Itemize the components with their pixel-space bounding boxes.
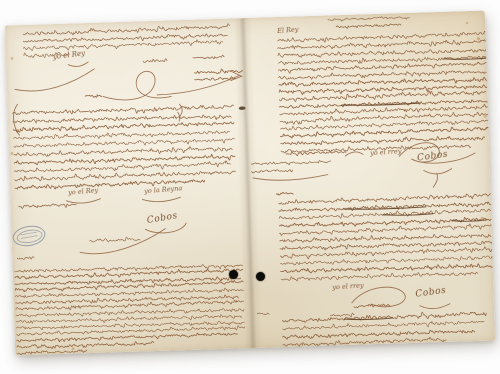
foxing-speck	[11, 57, 14, 60]
left-note-under-signature	[90, 237, 141, 243]
flourish-underline-yo-el-rey-2	[66, 199, 100, 204]
left-secretary-note	[193, 55, 224, 59]
flourish-curl-date-right	[345, 152, 363, 156]
manuscript-photo: yo el Rey yo el Rey yo la Reyna El Rey y…	[0, 0, 500, 374]
right-docket-left	[251, 160, 330, 173]
inscription-el-rey-heading: El Rey	[277, 26, 299, 34]
flourish-grand-paraph-left	[102, 71, 171, 101]
foxing-speck	[477, 37, 481, 41]
right-paragraph-3	[282, 310, 487, 347]
right-paragraph-3-mark	[257, 313, 269, 315]
foxing-speck	[484, 115, 487, 118]
left-small-word	[85, 95, 102, 98]
flourish-underline-docket-right	[253, 175, 328, 182]
foxing-speck	[11, 152, 14, 155]
manuscript-spread: yo el Rey yo el Rey yo la Reyna El Rey y…	[5, 11, 495, 356]
flourish-rubric-signature-right-1	[424, 169, 453, 188]
right-paragraph-2-mark	[276, 192, 293, 195]
left-bottom-paragraph	[15, 263, 246, 355]
inscription-yo-el-rrey-2: yo el rrey	[332, 282, 364, 291]
right-paragraph-2	[279, 193, 496, 282]
right-paragraph-1	[277, 31, 494, 154]
left-marginal-docket	[19, 203, 77, 209]
flourish-paraph-arrow-left	[157, 71, 243, 95]
left-middle-paragraph	[13, 104, 236, 190]
flourish-swash-under-yo-el-rey-1	[14, 69, 95, 92]
foxing-speck	[466, 22, 468, 24]
left-section-mark	[17, 257, 34, 260]
punch-hole-right	[256, 272, 265, 281]
handwriting-layer	[5, 11, 495, 356]
foxing-speck	[72, 347, 75, 350]
flourish-rubric-signature-right-2	[420, 304, 450, 309]
left-note-small	[143, 59, 167, 63]
ink-blot	[239, 106, 246, 110]
flourish-curl-yo-el-rey-1	[68, 62, 88, 67]
punch-hole-left	[229, 270, 238, 279]
right-paragraph-3-head	[330, 313, 354, 317]
flourish-underline-yo-la-reyna	[142, 197, 180, 202]
inscription-yo-el-rrey-1: yo el rrey	[370, 148, 402, 157]
right-heading	[328, 16, 410, 29]
